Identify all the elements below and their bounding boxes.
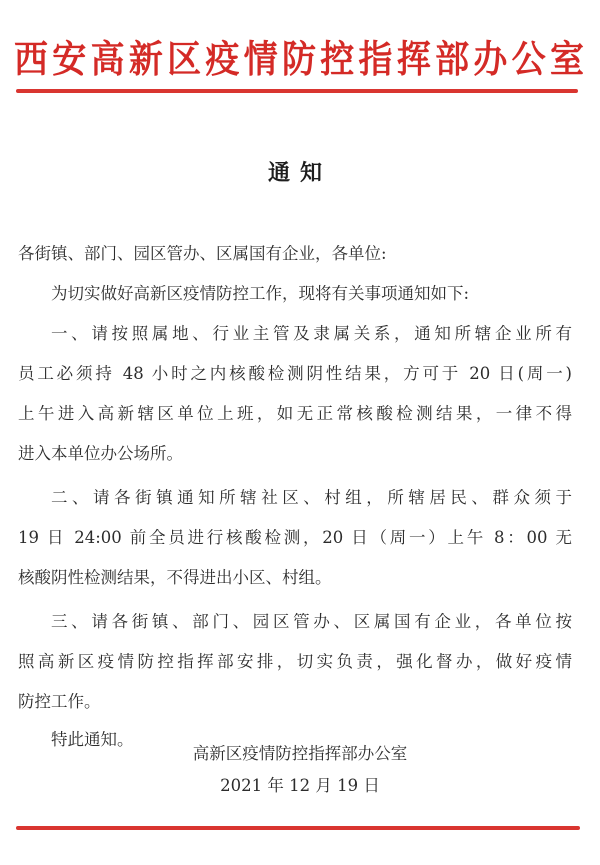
item1-line: 一、请按照属地、行业主管及隶属关系，通知所辖企业所有 <box>51 320 572 344</box>
letterhead-char: 防 <box>282 38 316 82</box>
letterhead-char: 情 <box>244 38 278 82</box>
letterhead-char: 挥 <box>397 38 431 82</box>
letterhead-org-name: 西 安 高 新 区 疫 情 防 控 指 挥 部 办 公 室 <box>14 38 584 82</box>
salutation: 各街镇、部门、园区管办、区属国有企业，各单位: <box>18 240 387 264</box>
issuer-name: 高新区疫情防控指挥部办公室 <box>193 744 408 763</box>
letterhead-char: 室 <box>550 38 584 82</box>
letterhead-char: 新 <box>129 38 163 82</box>
letterhead-char: 控 <box>320 38 354 82</box>
letterhead-char: 疫 <box>205 38 239 82</box>
letterhead-char: 指 <box>359 38 393 82</box>
document-title: 通知 <box>0 156 600 187</box>
item2-line: 19 日 24:00 前全员进行核酸检测，20 日（周一）上午 8：00 无 <box>18 524 572 548</box>
signature-issuer: 高新区疫情防控指挥部办公室 <box>0 740 600 764</box>
item1-line: 员工必须持 48 小时之内核酸检测阴性结果，方可于 20 日(周一) <box>18 360 572 384</box>
letterhead-char: 办 <box>473 38 507 82</box>
item1-line: 上午进入高新辖区单位上班，如无正常核酸检测结果，一律不得 <box>18 400 572 424</box>
letterhead-char: 公 <box>512 38 546 82</box>
issue-date: 2021 年 12 月 19 日 <box>220 776 380 795</box>
footer-red-rule <box>16 826 580 830</box>
item3-line: 三、请各街镇、部门、园区管办、区属国有企业，各单位按 <box>51 608 572 632</box>
item3-line: 照高新区疫情防控指挥部安排，切实负责，强化督办，做好疫情 <box>18 648 572 672</box>
signature-date: 2021 年 12 月 19 日 <box>0 772 600 796</box>
intro-paragraph: 为切实做好高新区疫情防控工作，现将有关事项通知如下: <box>51 280 469 304</box>
letterhead-char: 区 <box>167 38 201 82</box>
item3-line: 防控工作。 <box>18 688 101 712</box>
letterhead-char: 安 <box>52 38 86 82</box>
letterhead-char: 部 <box>435 38 469 82</box>
letterhead-char: 西 <box>14 38 48 82</box>
letterhead-char: 高 <box>91 38 125 82</box>
letterhead-red-rule <box>16 89 578 93</box>
item2-line: 二、请各街镇通知所辖社区、村组，所辖居民、群众须于 <box>51 484 572 508</box>
item2-line: 核酸阴性检测结果，不得进出小区、村组。 <box>18 564 332 588</box>
item1-line: 进入本单位办公场所。 <box>18 440 183 464</box>
